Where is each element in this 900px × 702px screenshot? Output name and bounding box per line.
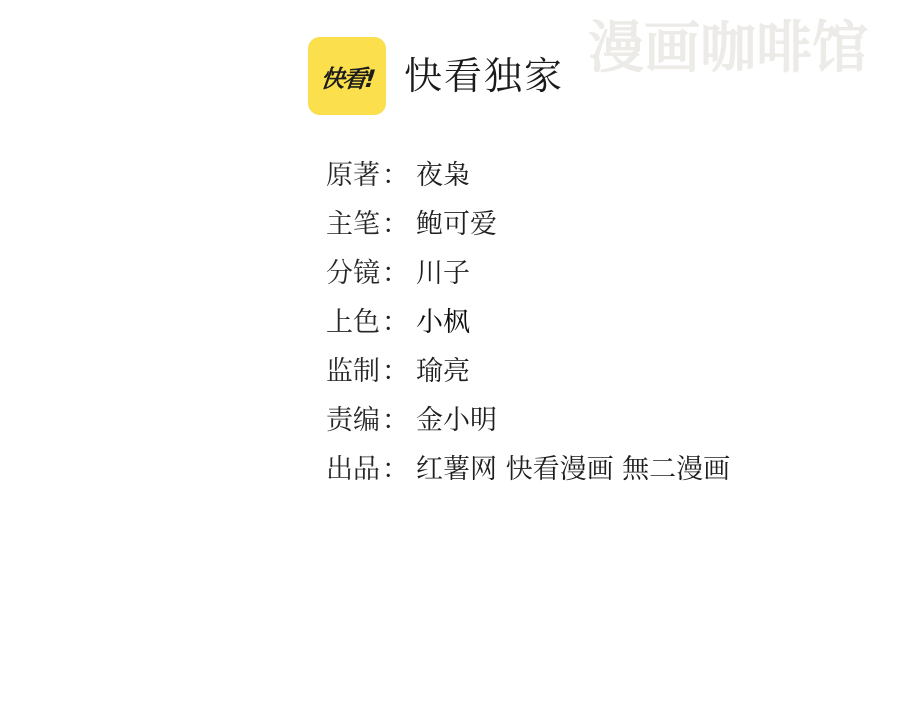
credit-colon: ： (380, 398, 416, 437)
credit-row-storyboard: 分镜 ： 川子 (326, 246, 730, 295)
credit-row-original-author: 原著 ： 夜枭 (326, 148, 730, 197)
credit-colon: ： (380, 153, 416, 192)
credit-row-lead-artist: 主笔 ： 鲍可爱 (326, 197, 730, 246)
header: 快看! 快看独家 (308, 37, 564, 115)
credit-label: 责编 (326, 398, 380, 437)
credit-value: 小枫 (416, 300, 470, 339)
credit-label: 主笔 (326, 202, 380, 241)
credit-value: 金小明 (416, 398, 497, 437)
credit-value: 红薯网 快看漫画 無二漫画 (416, 447, 730, 486)
credit-row-supervisor: 监制 ： 瑜亮 (326, 344, 730, 393)
credit-colon: ： (380, 447, 416, 486)
credits-list: 原著 ： 夜枭 主笔 ： 鲍可爱 分镜 ： 川子 上色 ： 小枫 监制 ： 瑜亮… (326, 148, 730, 491)
credit-label: 出品 (326, 447, 380, 486)
kuaikan-logo-icon: 快看! (308, 37, 386, 115)
watermark-text: 漫画咖啡馆 (588, 16, 868, 82)
logo-text: 快看! (319, 59, 376, 94)
credit-value: 瑜亮 (416, 349, 470, 388)
credit-label: 监制 (326, 349, 380, 388)
credit-colon: ： (380, 300, 416, 339)
credit-label: 原著 (326, 153, 380, 192)
credit-row-producer: 出品 ： 红薯网 快看漫画 無二漫画 (326, 442, 730, 491)
credit-label: 上色 (326, 300, 380, 339)
credit-value: 夜枭 (416, 153, 470, 192)
credit-colon: ： (380, 251, 416, 290)
credit-row-editor: 责编 ： 金小明 (326, 393, 730, 442)
credit-colon: ： (380, 202, 416, 241)
page-title: 快看独家 (404, 54, 564, 98)
credit-value: 川子 (416, 251, 470, 290)
credit-label: 分镜 (326, 251, 380, 290)
credit-colon: ： (380, 349, 416, 388)
credit-row-colorist: 上色 ： 小枫 (326, 295, 730, 344)
credit-value: 鲍可爱 (416, 202, 497, 241)
